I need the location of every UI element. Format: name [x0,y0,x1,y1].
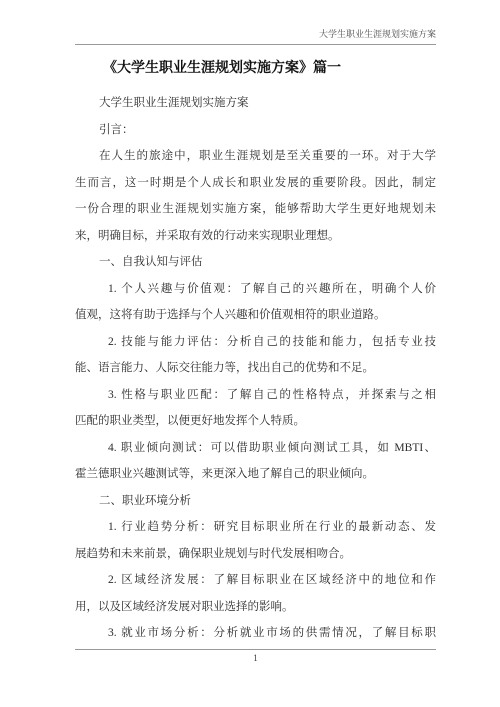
running-header-title: 大学生职业生涯规划实施方案 [75,0,436,40]
text-line: 3. 就业市场分析：分析就业市场的供需情况，了解目标职 [75,620,436,647]
document-body: 大学生职业生涯规划实施方案引言：在人生的旅途中，职业生涯规划是至关重要的一环。对… [75,90,436,647]
text-line: 在人生的旅途中，职业生涯规划是至关重要的一环。对于大学 [75,143,436,170]
text-line: 一份合理的职业生涯规划实施方案，能够帮助大学生更好地规划未 [75,196,436,223]
text-line: 生而言，这一时期是个人成长和职业发展的重要阶段。因此，制定 [75,170,436,197]
text-line: 1. 个人兴趣与价值观：了解自己的兴趣所在，明确个人价 [75,276,436,303]
header-divider [75,44,436,45]
text-line: 4. 职业倾向测试：可以借助职业倾向测试工具，如 MBTI、 [75,435,436,462]
document-page: 大学生职业生涯规划实施方案 《大学生职业生涯规划实施方案》篇一 大学生职业生涯规… [0,0,500,707]
page-header: 大学生职业生涯规划实施方案 [75,0,436,45]
text-line: 2. 技能与能力评估：分析自己的技能和能力，包括专业技 [75,329,436,356]
text-line: 匹配的职业类型，以便更好地发挥个人特质。 [75,408,436,435]
text-line: 大学生职业生涯规划实施方案 [75,90,436,117]
text-line: 用，以及区域经济发展对职业选择的影响。 [75,594,436,621]
text-line: 引言： [75,117,436,144]
footer-divider [75,649,436,650]
text-line: 一、自我认知与评估 [75,249,436,276]
document-title: 《大学生职业生涯规划实施方案》篇一 [103,58,460,80]
text-line: 霍兰德职业兴趣测试等，来更深入地了解自己的职业倾向。 [75,461,436,488]
text-line: 能、语言能力、人际交往能力等，找出自己的优势和不足。 [75,355,436,382]
text-line: 1. 行业趋势分析：研究目标职业所在行业的最新动态、发 [75,514,436,541]
text-line: 3. 性格与职业匹配：了解自己的性格特点，并探索与之相 [75,382,436,409]
page-number: 1 [75,652,436,664]
text-line: 展趋势和未来前景，确保职业规划与时代发展相吻合。 [75,541,436,568]
text-line: 二、职业环境分析 [75,488,436,515]
page-footer: 1 [75,649,436,664]
text-line: 来，明确目标，并采取有效的行动来实现职业理想。 [75,223,436,250]
text-line: 2. 区域经济发展：了解目标职业在区域经济中的地位和作 [75,567,436,594]
text-line: 值观，这将有助于选择与个人兴趣和价值观相符的职业道路。 [75,302,436,329]
